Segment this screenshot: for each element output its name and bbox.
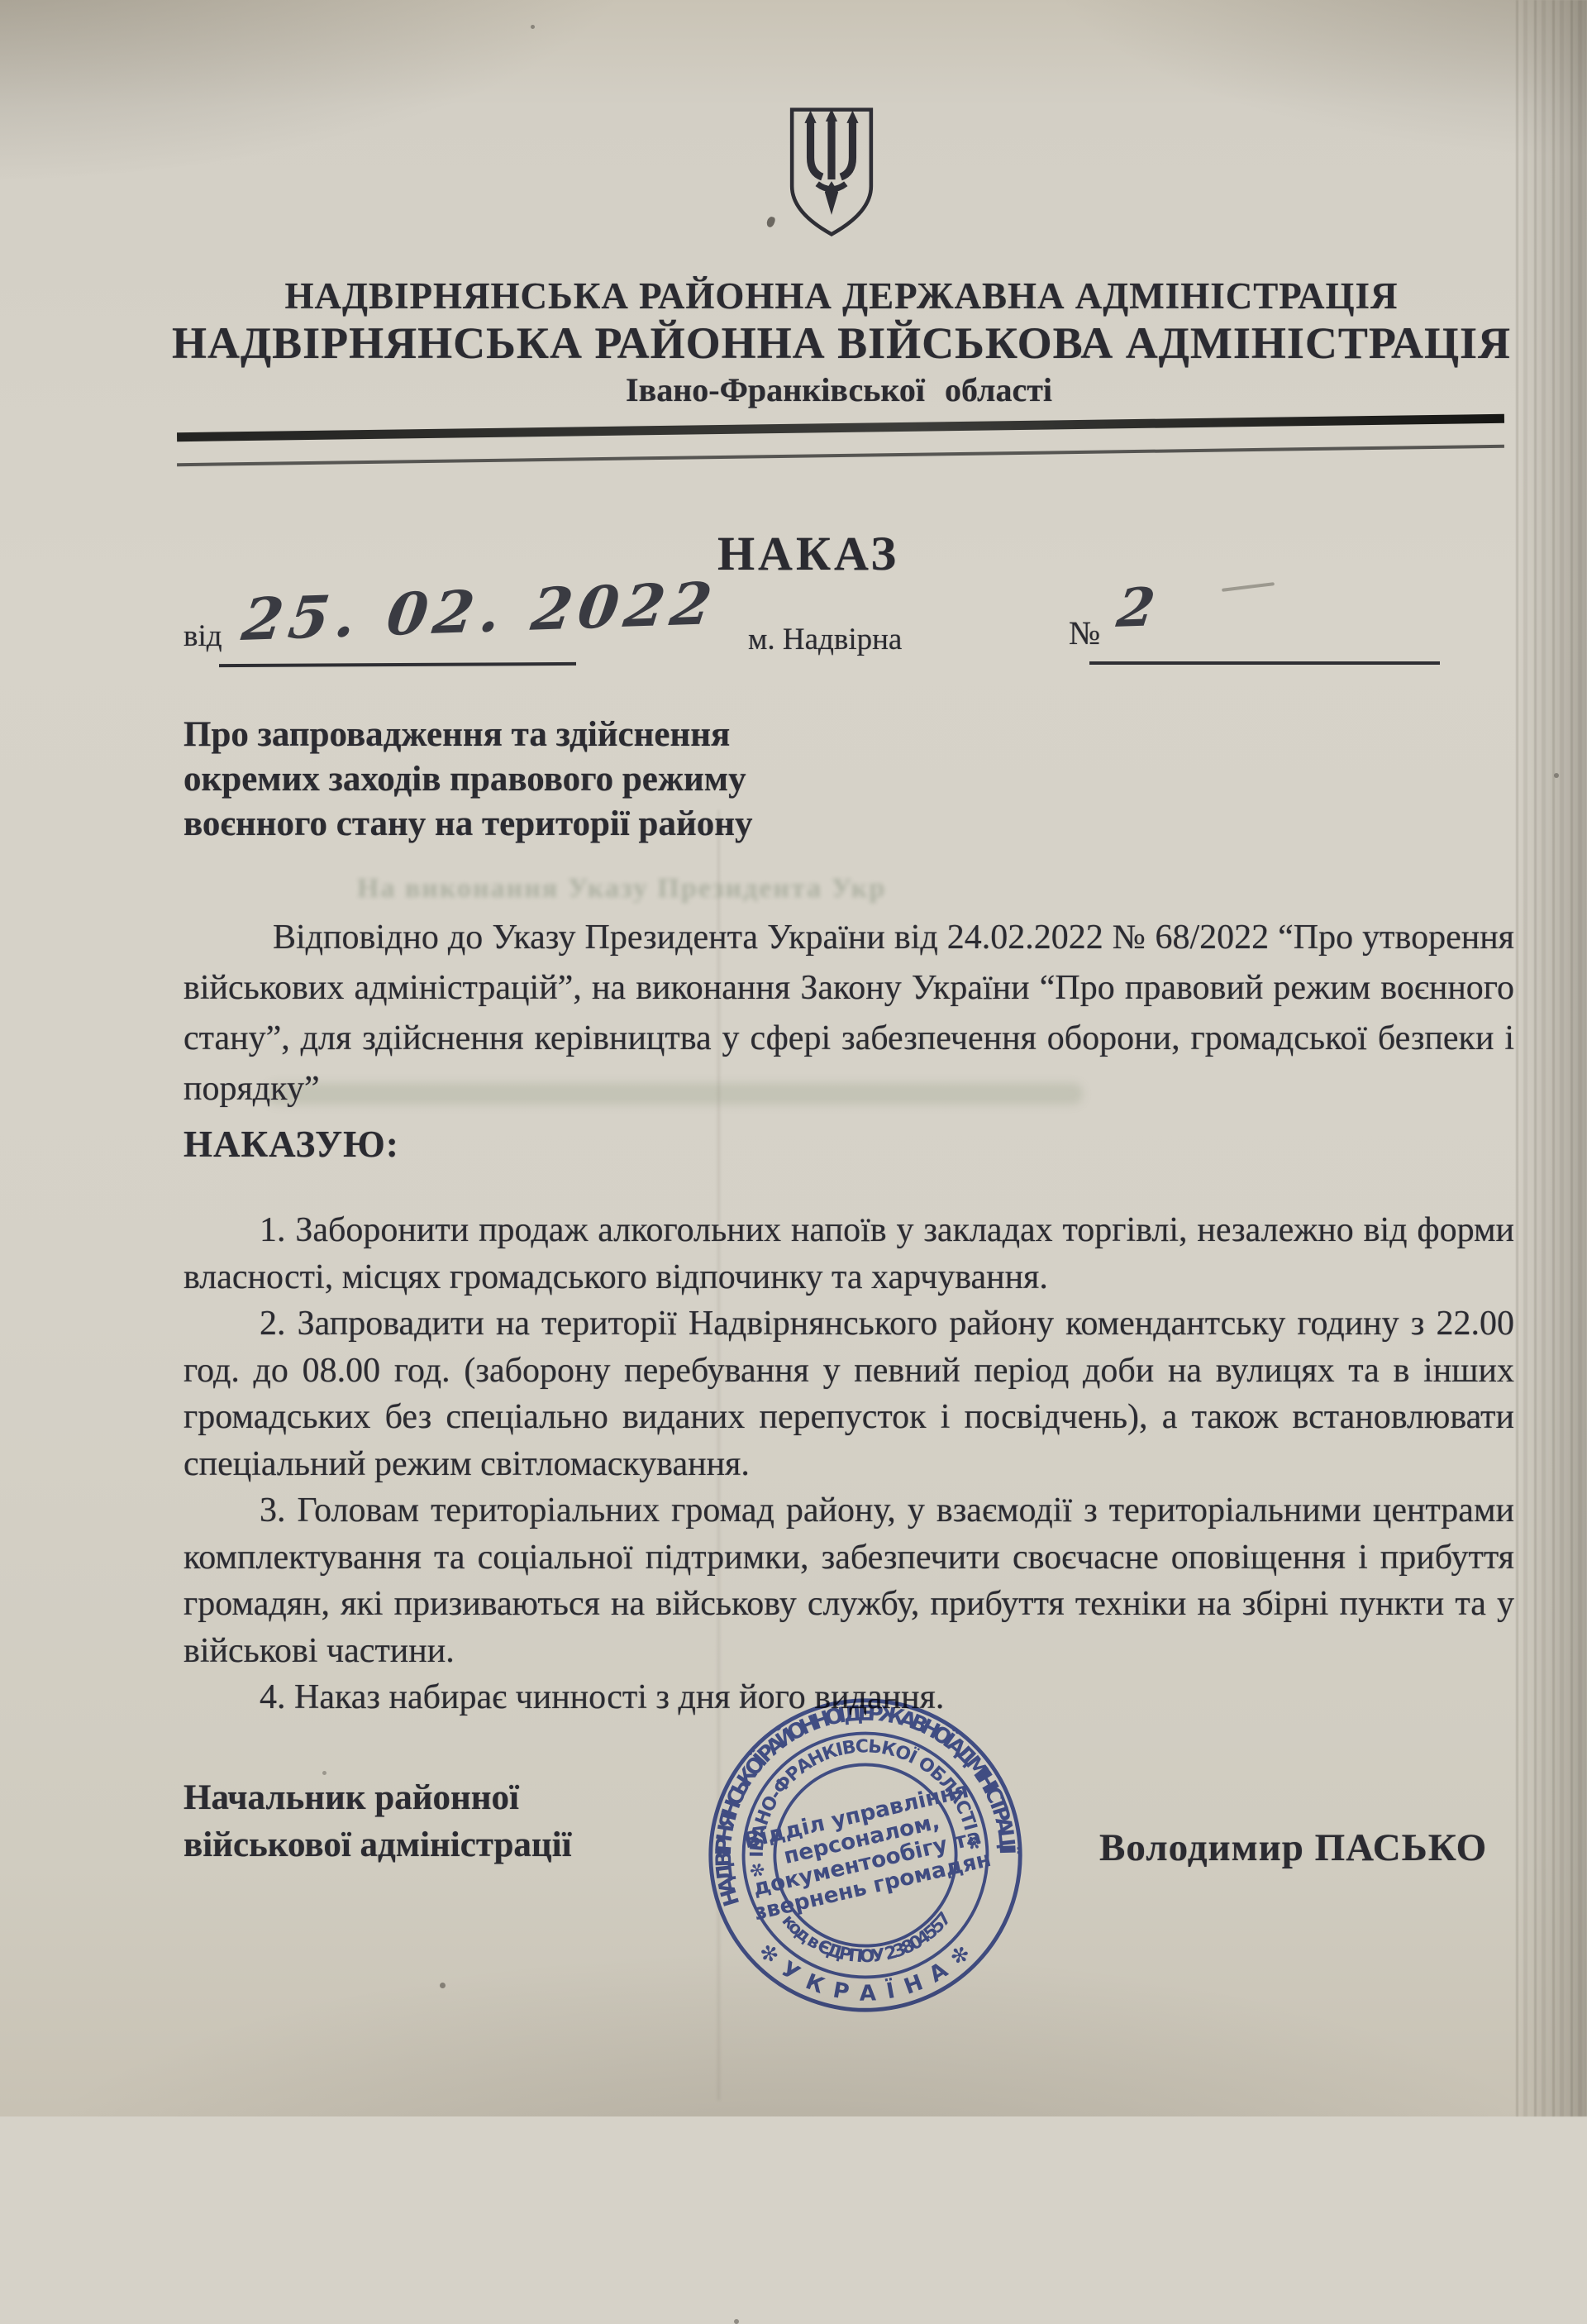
date-label: від <box>183 618 222 654</box>
handwritten-number: 2 <box>1113 576 1164 640</box>
signer-name: Володимир ПАСЬКО <box>1099 1825 1487 1870</box>
paper-speck <box>531 25 535 29</box>
org-name-military-administration: НАДВІРНЯНСЬКА РАЙОННА ВІЙСЬКОВА АДМІНІСТ… <box>48 321 1587 365</box>
place-label: м. Надвірна <box>748 622 902 657</box>
order-word: НАКАЗУЮ: <box>183 1123 399 1166</box>
svg-text:✻ У К Р А Ї Н А ✻: ✻ У К Р А Ї Н А ✻ <box>752 1925 979 2014</box>
paper-edge-shadow <box>1516 0 1587 2116</box>
paper-speck <box>1554 773 1559 778</box>
signer-position-line1: Начальник районної <box>183 1774 572 1821</box>
number-underline <box>1089 661 1440 665</box>
letterhead-rule-thick <box>177 414 1504 441</box>
preamble-paragraph: Відповідно до Указу Президента України в… <box>183 913 1514 1114</box>
signer-position-line2: військової адміністрації <box>183 1821 572 1868</box>
document-title: НАКАЗ <box>15 526 1587 581</box>
org-region: Івано-Франківської області <box>45 374 1587 407</box>
paper-speck <box>440 1983 446 1988</box>
subject-line: Про запровадження та здійснення <box>183 713 753 757</box>
number-label: № <box>1069 613 1100 652</box>
subject-block: Про запровадження та здійснення окремих … <box>183 713 753 847</box>
signer-position: Начальник районної військової адміністра… <box>183 1774 572 1868</box>
letterhead-rule-thin <box>177 445 1504 466</box>
stamp-outer-bottom-text: ✻ У К Р А Ї Н А ✻ <box>752 1925 979 2014</box>
handwritten-date: 25. 02. 2022 <box>238 569 721 654</box>
coat-of-arms-tryzub-icon <box>785 104 878 241</box>
ink-mark <box>765 216 776 228</box>
subject-line: окремих заходів правового режиму <box>183 757 753 802</box>
org-name-state-administration: НАДВІРНЯНСЬКА РАЙОННА ДЕРЖАВНА АДМІНІСТР… <box>48 278 1587 315</box>
document-page: НАДВІРНЯНСЬКА РАЙОННА ДЕРЖАВНА АДМІНІСТР… <box>0 0 1587 2116</box>
order-item-1: 1. Заборонити продаж алкогольних напоїв … <box>183 1207 1514 1300</box>
order-item-3: 3. Головам територіальних громад району,… <box>183 1487 1514 1674</box>
pencil-mark <box>1222 582 1275 592</box>
date-underline <box>219 662 576 667</box>
subject-line: воєнного стану на території району <box>183 802 753 847</box>
bleed-through-text: На виконання Указу Президента Укр <box>357 873 886 904</box>
order-items: 1. Заборонити продаж алкогольних напоїв … <box>183 1207 1514 1721</box>
round-stamp: НАДВІРНЯНСЬКОЇ РАЙОННОЇ ДЕРЖАВНОЇ АДМІНІ… <box>694 1684 1037 2026</box>
order-item-2: 2. Запровадити на території Надвірнянськ… <box>183 1300 1514 1487</box>
